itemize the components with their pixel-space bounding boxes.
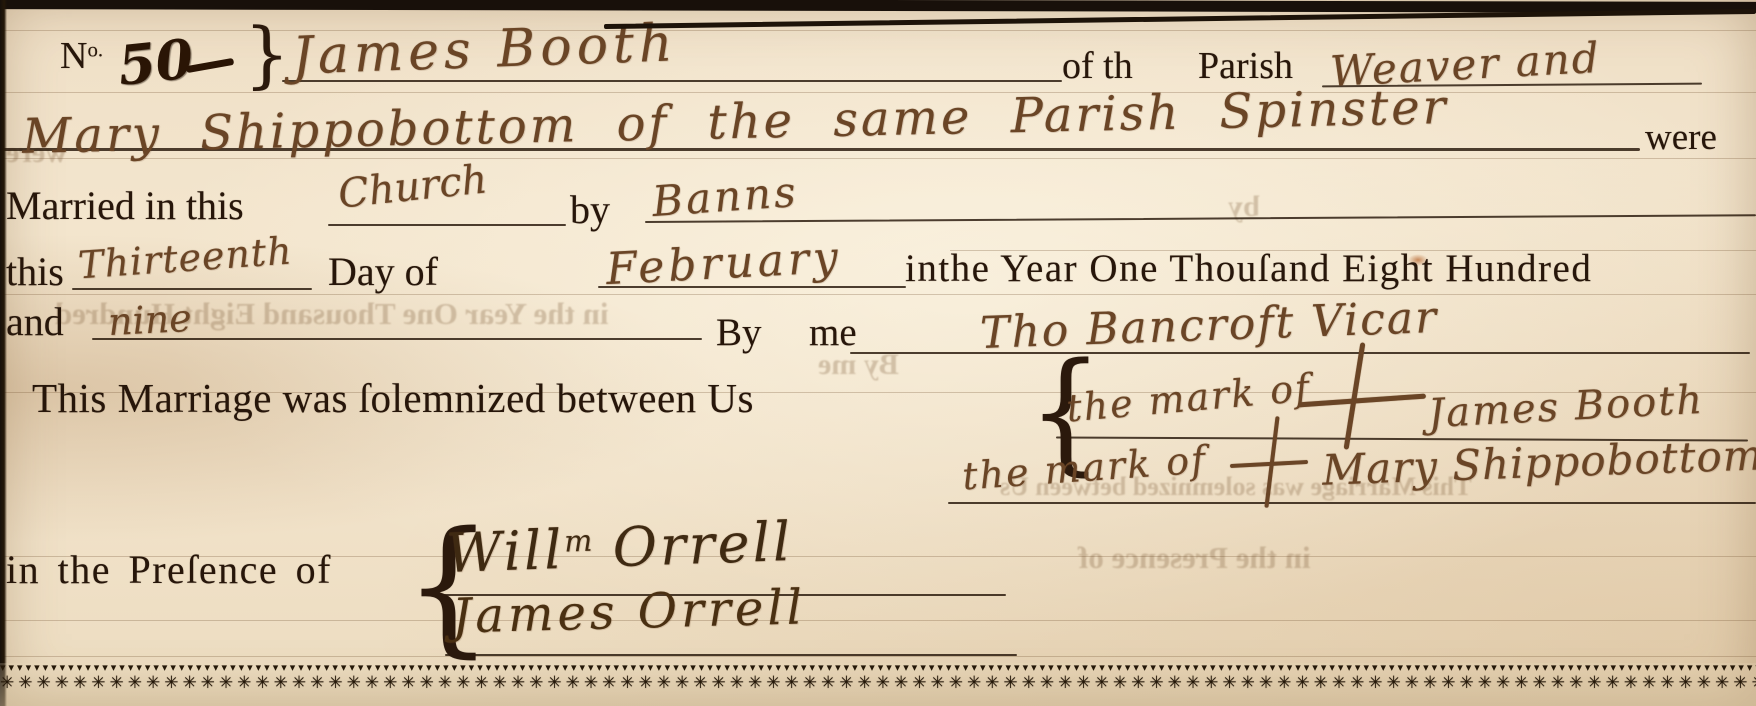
witness1-superscript: m — [564, 524, 593, 560]
presence-label: in the Preſence of — [6, 546, 332, 593]
by-me-label: By me — [716, 310, 857, 355]
ledger-line — [0, 620, 1756, 621]
binding-edge — [0, 0, 7, 706]
witness2-signature: James Orrell — [451, 579, 806, 644]
decorative-border-chain: ✳✳✳✳✳✳✳✳✳✳✳✳✳✳✳✳✳✳✳✳✳✳✳✳✳✳✳✳✳✳✳✳✳✳✳✳✳✳✳✳… — [0, 673, 1756, 693]
and-label: and — [6, 298, 64, 345]
top-border-rule-secondary — [604, 9, 1756, 29]
marriage-register-page: were by in the Year One Thousand Eight H… — [0, 0, 1756, 706]
year-written-entry: nine — [107, 296, 193, 344]
record-number-label: No. — [60, 34, 103, 78]
married-in-this-label: Married in this — [6, 182, 244, 229]
by-method-entry: Banns — [650, 167, 800, 226]
underline-bride-mark — [948, 502, 1756, 504]
were-label: were — [1645, 116, 1717, 159]
decorative-border: ▾▾▾▾▾▾▾▾▾▾▾▾▾▾▾▾▾▾▾▾▾▾▾▾▾▾▾▾▾▾▾▾▾▾▾▾▾▾▾▾… — [0, 663, 1756, 706]
year-printed-label: inthe Year One Thouſand Eight Hundred — [905, 246, 1592, 291]
witness1-signature: Willm Orrell — [445, 510, 794, 585]
day-entry: Thirteenth — [77, 229, 294, 288]
solemnized-label: This Marriage was ſolemnized between Us — [32, 374, 754, 422]
underline-married-place — [328, 224, 566, 226]
this-label: this — [6, 248, 64, 295]
ledger-line — [0, 656, 1756, 657]
record-number-superscript: o. — [87, 38, 103, 62]
couple-brace: } — [244, 22, 290, 87]
bride-mark-cross — [1228, 416, 1320, 512]
parish-label: Parish — [1198, 44, 1293, 88]
ledger-line — [0, 294, 1756, 295]
underline-witness2 — [445, 654, 1017, 656]
married-place-entry: Church — [336, 156, 489, 217]
groom-mark-name: James Booth — [1427, 377, 1705, 437]
record-number-value: 50 — [115, 26, 196, 98]
of-the-label: of th — [1062, 44, 1133, 88]
top-border-rule — [0, 0, 1756, 13]
by-label: by — [570, 186, 610, 233]
underline-by-method — [645, 214, 1756, 223]
ghost-presence: in the Presence of — [1078, 540, 1311, 576]
underline-day — [72, 288, 312, 290]
day-of-label: Day of — [328, 248, 438, 295]
